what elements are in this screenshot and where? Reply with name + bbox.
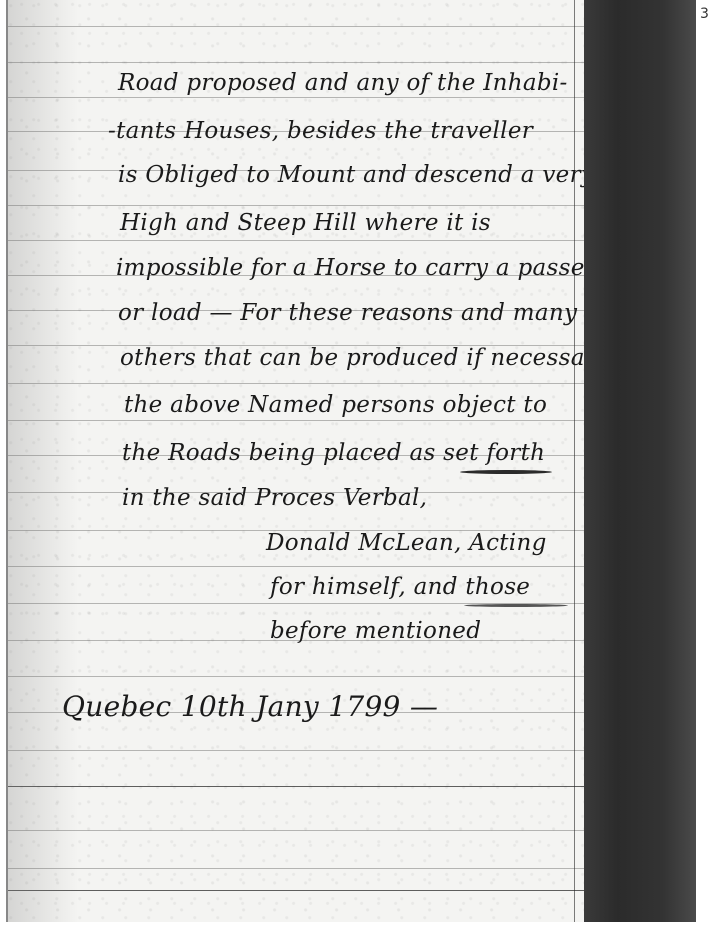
text-line-9: the Roads being placed as set forth: [122, 440, 545, 466]
signature-name: Donald McLean, Acting: [266, 530, 547, 556]
dateline: Quebec 10th Jany 1799 —: [62, 690, 438, 723]
text-line-8: the above Named persons object to: [124, 392, 547, 418]
text-line-5: impossible for a Horse to carry a passen…: [116, 255, 586, 281]
signature-line-3: before mentioned: [270, 618, 481, 644]
text-line-3: is Obliged to Mount and descend a very: [118, 162, 586, 188]
page-number: 3: [700, 6, 709, 22]
flourish-stroke-2: [464, 604, 568, 607]
text-line-6: or load — For these reasons and many: [118, 300, 577, 326]
flourish-stroke: [460, 470, 552, 474]
manuscript-page: Road proposed and any of the Inhabi- -ta…: [6, 0, 586, 922]
text-line-2: -tants Houses, besides the traveller: [108, 118, 533, 144]
text-line-4: High and Steep Hill where it is: [120, 210, 491, 236]
scan-binding-shadow: [584, 0, 696, 922]
text-line-1: Road proposed and any of the Inhabi-: [118, 70, 568, 96]
signature-line-2: for himself, and those: [270, 574, 530, 600]
text-line-7: others that can be produced if necessary…: [120, 345, 586, 371]
text-line-10: in the said Proces Verbal,: [122, 485, 427, 511]
